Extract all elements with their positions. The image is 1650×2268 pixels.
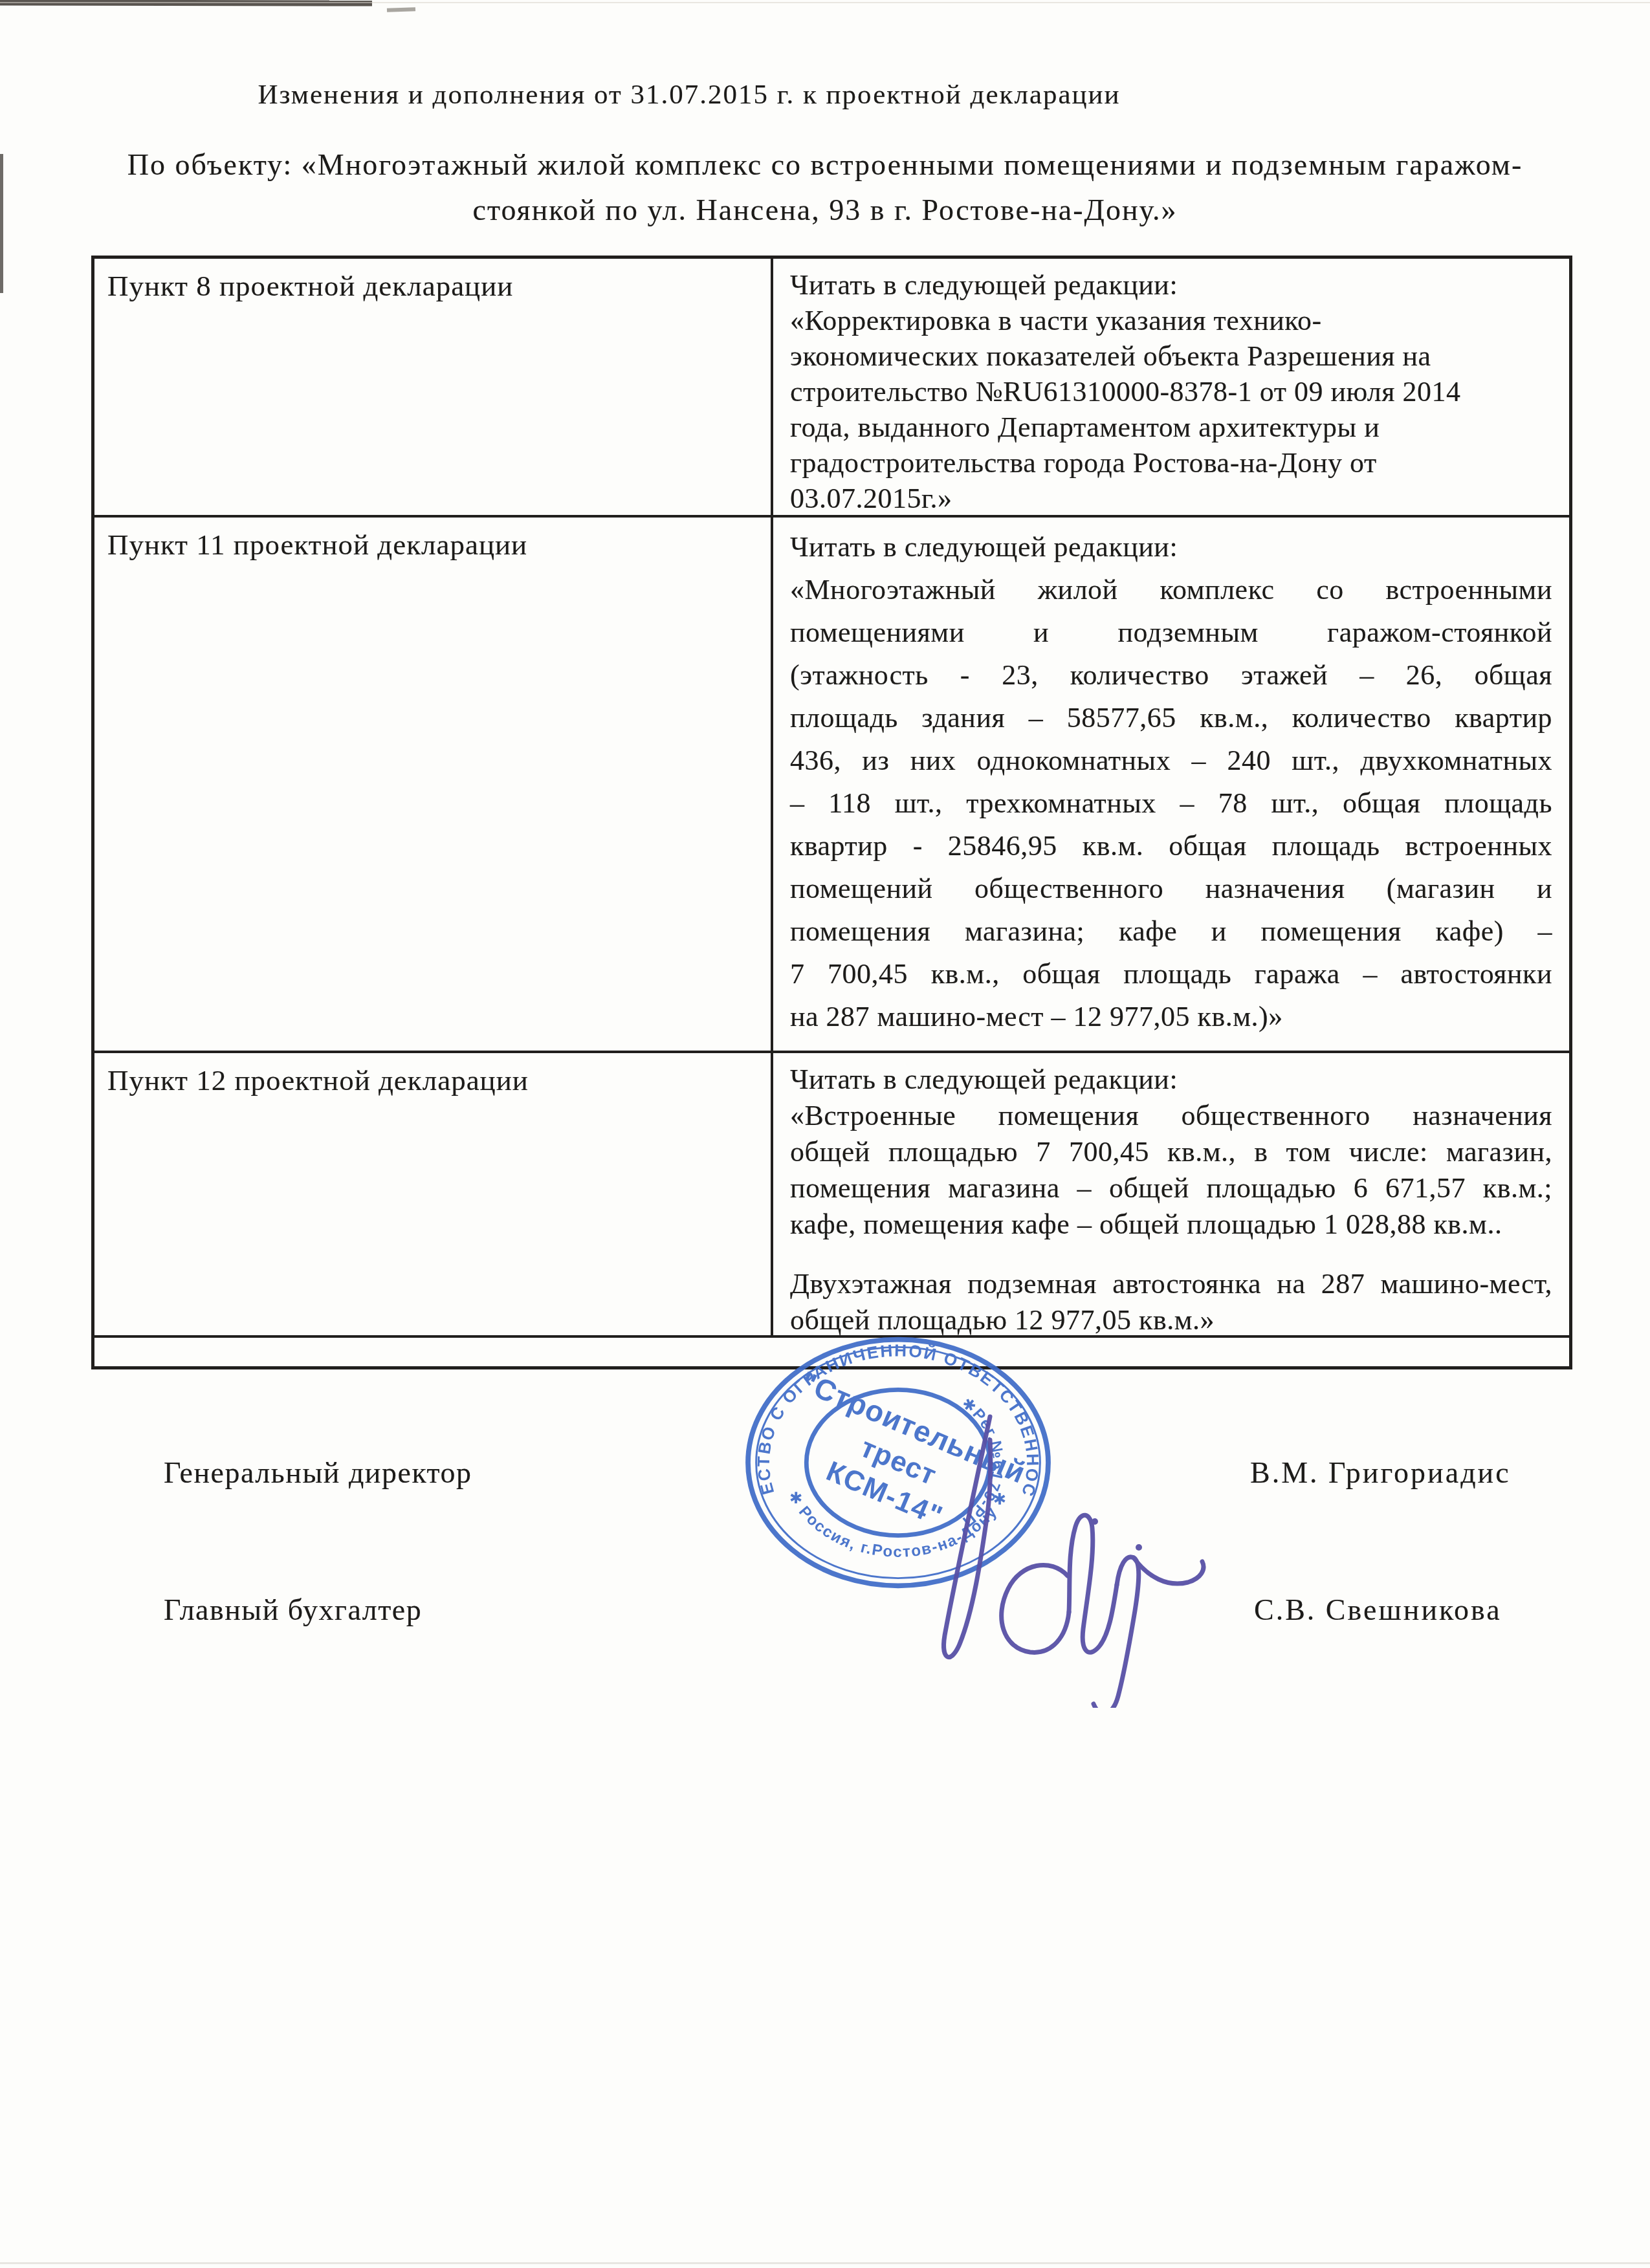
table-row-punkt-12: Пункт 12 проектной декларации Читать в с… — [94, 1053, 1569, 1338]
table-cell-new-wording: Читать в следующей редакции: «Встроенные… — [773, 1053, 1569, 1335]
table-cell-item: Пункт 8 проектной декларации — [94, 259, 773, 515]
table-cell-item: Пункт 11 проектной декларации — [94, 518, 773, 1051]
scanned-document-page: Изменения и дополнения от 31.07.2015 г. … — [0, 0, 1650, 2268]
text-line: помещения магазина; кафе и помещения каф… — [790, 910, 1552, 953]
cell-body: «Корректировка в части указания технико-… — [790, 303, 1552, 516]
cell-heading: Читать в следующей редакции: — [790, 1062, 1552, 1098]
text-line: 03.07.2015г.» — [790, 481, 1552, 516]
text-line: 7 700,45 кв.м., общая площадь гаража – а… — [790, 953, 1552, 996]
signature-stroke-tail — [1134, 1558, 1204, 1584]
text-line: кафе, помещения кафе – общей площадью 1 … — [790, 1206, 1552, 1243]
signature-role-chief-accountant: Главный бухгалтер — [164, 1593, 422, 1627]
signature-stroke-loop — [944, 1417, 991, 1657]
document-subtitle: По объекту: «Многоэтажный жилой комплекс… — [91, 142, 1559, 233]
text-line: помещениями и подземным гаражом-стоянкой — [790, 611, 1552, 654]
text-line: (этажность - 23, количество этажей – 26,… — [790, 654, 1552, 697]
text-line: градостроительства города Ростова-на-Дон… — [790, 445, 1552, 481]
text-line: «Корректировка в части указания технико- — [790, 303, 1552, 338]
signature-stroke-mid — [1069, 1515, 1117, 1652]
handwritten-signature — [906, 1384, 1216, 1708]
scan-artifact-bottom-edge — [0, 2262, 1650, 2264]
scan-artifact-top-hairline — [0, 2, 1650, 3]
text-line: строительство №RU61310000-8378-1 от 09 и… — [790, 374, 1552, 409]
text-line: Двухэтажная подземная автостоянка на 287… — [790, 1266, 1552, 1302]
text-line: общей площадью 12 977,05 кв.м.» — [790, 1302, 1552, 1338]
text-line: на 287 машино-мест – 12 977,05 кв.м.)» — [790, 996, 1552, 1038]
text-line: площадь здания – 58577,65 кв.м., количес… — [790, 697, 1552, 739]
text-line: 436, из них однокомнатных – 240 шт., дву… — [790, 739, 1552, 782]
declaration-changes-table: Пункт 8 проектной декларации Читать в сл… — [91, 256, 1572, 1369]
scan-artifact-left-edge — [0, 154, 3, 293]
signature-stroke-c — [1002, 1565, 1069, 1652]
cell-heading: Читать в следующей редакции: — [790, 267, 1552, 303]
cell-body: «Многоэтажный жилой комплекс со встроенн… — [790, 569, 1552, 1038]
document-title: Изменения и дополнения от 31.07.2015 г. … — [0, 79, 1378, 111]
scan-artifact-top-edge — [0, 0, 372, 6]
table-cell-new-wording: Читать в следующей редакции: «Корректиро… — [773, 259, 1569, 515]
text-line: квартир - 25846,95 кв.м. общая площадь в… — [790, 825, 1552, 867]
signature-stroke-descender — [1094, 1557, 1139, 1708]
text-line: «Встроенные помещения общественного назн… — [790, 1098, 1552, 1134]
text-line: «Многоэтажный жилой комплекс со встроенн… — [790, 569, 1552, 611]
text-line: общей площадью 7 700,45 кв.м., в том чис… — [790, 1134, 1552, 1170]
scan-artifact-tick — [387, 7, 415, 12]
table-cell-new-wording: Читать в следующей редакции: «Многоэтажн… — [773, 518, 1569, 1051]
text-line: помещений общественного назначения (мага… — [790, 867, 1552, 910]
signature-name-grigoriadis: В.М. Григориадис — [1250, 1456, 1511, 1490]
signature-role-general-director: Генеральный директор — [164, 1456, 472, 1490]
text-line: – 118 шт., трехкомнатных – 78 шт., общая… — [790, 782, 1552, 825]
table-row-punkt-11: Пункт 11 проектной декларации Читать в с… — [94, 518, 1569, 1053]
text-line: года, выданного Департаментом архитектур… — [790, 409, 1552, 445]
text-line: экономических показателей объекта Разреш… — [790, 338, 1552, 374]
table-row-punkt-8: Пункт 8 проектной декларации Читать в сл… — [94, 259, 1569, 518]
signature-ink-dot — [1136, 1544, 1142, 1551]
signature-ink-dot — [1092, 1518, 1098, 1525]
cell-heading: Читать в следующей редакции: — [790, 526, 1552, 569]
text-line: помещения магазина – общей площадью 6 67… — [790, 1170, 1552, 1206]
signature-name-sveshnikova: С.В. Свешникова — [1254, 1593, 1502, 1627]
cell-body: «Встроенные помещения общественного назн… — [790, 1098, 1552, 1338]
table-cell-item: Пункт 12 проектной декларации — [94, 1053, 773, 1335]
